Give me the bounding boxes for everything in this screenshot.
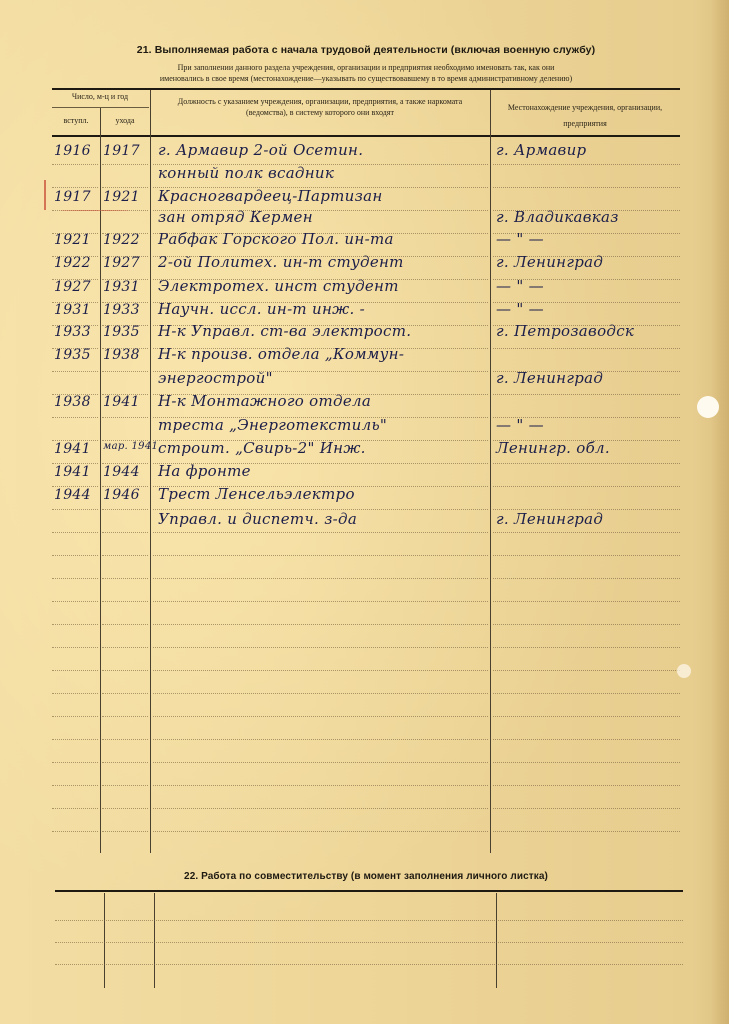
row-start-year: 1916 xyxy=(54,143,91,159)
row-start-year: 1944 xyxy=(54,487,91,503)
row-location: — " — xyxy=(496,230,544,248)
s22-column-divider-2 xyxy=(154,893,155,988)
row-line-start xyxy=(52,509,98,510)
row-end-year: 1917 xyxy=(103,143,140,159)
row-position: зан отряд Кермен xyxy=(158,208,313,226)
row-line-end xyxy=(102,555,148,556)
row-line-position xyxy=(153,601,488,602)
row-line-location xyxy=(493,463,680,464)
row-line-position xyxy=(153,647,488,648)
row-line-position xyxy=(153,624,488,625)
row-position: строит. „Свирь-2" Инж. xyxy=(158,439,366,457)
row-line-position xyxy=(153,532,488,533)
row-line-start xyxy=(52,762,98,763)
row-position: г. Армавир 2-ой Осетин. xyxy=(158,141,363,159)
row-line-start xyxy=(52,693,98,694)
red-underline-mark xyxy=(60,210,130,211)
row-position: Н-к Управл. ст-ва электрост. xyxy=(158,322,411,340)
row-line-end xyxy=(102,187,148,188)
row-line-location xyxy=(493,808,680,809)
column-divider-position-location xyxy=(490,90,491,853)
s22-row-line xyxy=(55,942,683,943)
row-line-end xyxy=(102,601,148,602)
row-line-position xyxy=(153,831,488,832)
row-line-start xyxy=(52,417,98,418)
position-header: Должность с указанием учреждения, органи… xyxy=(160,97,480,118)
row-line-start xyxy=(52,716,98,717)
row-line-start xyxy=(52,624,98,625)
row-line-location xyxy=(493,647,680,648)
table-top-rule xyxy=(52,88,680,90)
row-location: — " — xyxy=(496,300,544,318)
end-date-header: ухода xyxy=(100,116,150,127)
row-start-year: 1933 xyxy=(54,324,91,340)
column-divider-start-end xyxy=(100,108,101,853)
row-line-position xyxy=(153,762,488,763)
row-line-location xyxy=(493,739,680,740)
row-line-start xyxy=(52,739,98,740)
row-position: Управл. и диспетч. з-да xyxy=(158,510,357,528)
row-line-location xyxy=(493,164,680,165)
row-end-year: 1938 xyxy=(103,347,140,363)
section-22-top-rule xyxy=(55,890,683,892)
row-start-year: 1941 xyxy=(54,441,91,457)
row-line-start xyxy=(52,647,98,648)
row-line-location xyxy=(493,486,680,487)
row-position: 2-ой Политех. ин-т студент xyxy=(158,253,404,271)
row-end-year: 1931 xyxy=(103,279,140,295)
row-line-end xyxy=(102,693,148,694)
row-location: г. Ленинград xyxy=(496,510,603,528)
row-line-end xyxy=(102,532,148,533)
row-line-location xyxy=(493,716,680,717)
row-line-location xyxy=(493,693,680,694)
location-header: Местонахождение учреждения, организации,… xyxy=(495,100,675,132)
row-end-year: 1922 xyxy=(103,232,140,248)
row-start-year: 1917 xyxy=(54,189,91,205)
row-line-location xyxy=(493,670,680,671)
row-end-year: 1944 xyxy=(103,464,140,480)
red-margin-mark xyxy=(44,180,46,210)
row-line-location xyxy=(493,624,680,625)
row-start-year: 1938 xyxy=(54,394,91,410)
row-line-location xyxy=(493,601,680,602)
row-start-year: 1941 xyxy=(54,464,91,480)
row-start-year: 1927 xyxy=(54,279,91,295)
row-location: Ленингр. обл. xyxy=(496,439,610,457)
row-location: г. Петрозаводск xyxy=(496,322,634,340)
row-line-location xyxy=(493,785,680,786)
row-line-start xyxy=(52,670,98,671)
row-line-start xyxy=(52,831,98,832)
row-line-start xyxy=(52,578,98,579)
row-line-location xyxy=(493,394,680,395)
row-line-end xyxy=(102,739,148,740)
row-end-year: 1921 xyxy=(103,189,140,205)
row-position: конный полк всадник xyxy=(158,164,334,182)
row-position: Научн. иссл. ин-т инж. - xyxy=(158,300,365,318)
row-line-end xyxy=(102,762,148,763)
row-position: треста „Энерготекстиль" xyxy=(158,416,387,434)
column-divider-end-position xyxy=(150,90,151,853)
row-line-position xyxy=(153,716,488,717)
row-line-start xyxy=(52,371,98,372)
row-position: Трест Ленсельэлектро xyxy=(158,485,355,503)
row-position: энергострой" xyxy=(158,369,273,387)
row-line-end xyxy=(102,371,148,372)
row-position: Электротех. инст студент xyxy=(158,277,399,295)
date-group-header: Число, м-ц и год xyxy=(52,92,148,103)
section-21-instruction-line1: При заполнении данного раздела учреждени… xyxy=(52,62,680,73)
row-line-end xyxy=(102,785,148,786)
row-line-position xyxy=(153,578,488,579)
row-end-year: мар. 1941 xyxy=(103,441,158,452)
row-line-start xyxy=(52,164,98,165)
row-location: — " — xyxy=(496,277,544,295)
page-edge-shadow xyxy=(711,0,729,1024)
row-line-end xyxy=(102,831,148,832)
section-21-title: 21. Выполняемая работа с начала трудовой… xyxy=(52,44,680,56)
row-end-year: 1946 xyxy=(103,487,140,503)
row-line-position xyxy=(153,670,488,671)
row-end-year: 1935 xyxy=(103,324,140,340)
row-line-end xyxy=(102,670,148,671)
row-location: г. Ленинград xyxy=(496,369,603,387)
row-line-end xyxy=(102,716,148,717)
row-position: Красногвардеец-Партизан xyxy=(158,187,383,205)
start-date-header: вступл. xyxy=(52,116,100,127)
s22-row-line xyxy=(55,920,683,921)
row-line-start xyxy=(52,555,98,556)
row-line-position xyxy=(153,739,488,740)
row-start-year: 1931 xyxy=(54,302,91,318)
punch-hole-faint xyxy=(677,664,691,678)
row-end-year: 1941 xyxy=(103,394,140,410)
row-end-year: 1933 xyxy=(103,302,140,318)
row-location: г. Ленинград xyxy=(496,253,603,271)
row-line-end xyxy=(102,578,148,579)
row-line-start xyxy=(52,785,98,786)
s22-column-divider-1 xyxy=(104,893,105,988)
row-location: г. Армавир xyxy=(496,141,586,159)
s22-row-line xyxy=(55,964,683,965)
section-21-instruction-line2: именовались в свое время (местонахождени… xyxy=(52,73,680,84)
row-line-end xyxy=(102,509,148,510)
row-line-location xyxy=(493,578,680,579)
row-line-position xyxy=(153,693,488,694)
s22-column-divider-3 xyxy=(496,893,497,988)
row-line-end xyxy=(102,808,148,809)
row-line-position xyxy=(153,808,488,809)
header-bottom-rule xyxy=(52,135,680,137)
row-line-location xyxy=(493,762,680,763)
row-position: Н-к произв. отдела „Коммун- xyxy=(158,345,404,363)
row-line-end xyxy=(102,624,148,625)
row-line-location xyxy=(493,555,680,556)
section-22-title: 22. Работа по совместительству (в момент… xyxy=(52,871,680,882)
row-position: Н-к Монтажного отдела xyxy=(158,392,371,410)
row-start-year: 1922 xyxy=(54,255,91,271)
row-line-position xyxy=(153,555,488,556)
row-end-year: 1927 xyxy=(103,255,140,271)
row-line-end xyxy=(102,164,148,165)
row-line-location xyxy=(493,187,680,188)
row-location: г. Владикавказ xyxy=(496,208,619,226)
row-line-start xyxy=(52,187,98,188)
punch-hole xyxy=(697,396,719,418)
row-line-start xyxy=(52,532,98,533)
row-line-end xyxy=(102,417,148,418)
row-start-year: 1921 xyxy=(54,232,91,248)
row-position: На фронте xyxy=(158,462,251,480)
row-line-end xyxy=(102,647,148,648)
row-line-location xyxy=(493,532,680,533)
row-line-position xyxy=(153,785,488,786)
row-line-location xyxy=(493,348,680,349)
row-position: Рабфак Горского Пол. ин-та xyxy=(158,230,394,248)
row-line-start xyxy=(52,808,98,809)
row-line-start xyxy=(52,601,98,602)
row-line-location xyxy=(493,831,680,832)
row-location: — " — xyxy=(496,416,544,434)
row-start-year: 1935 xyxy=(54,347,91,363)
